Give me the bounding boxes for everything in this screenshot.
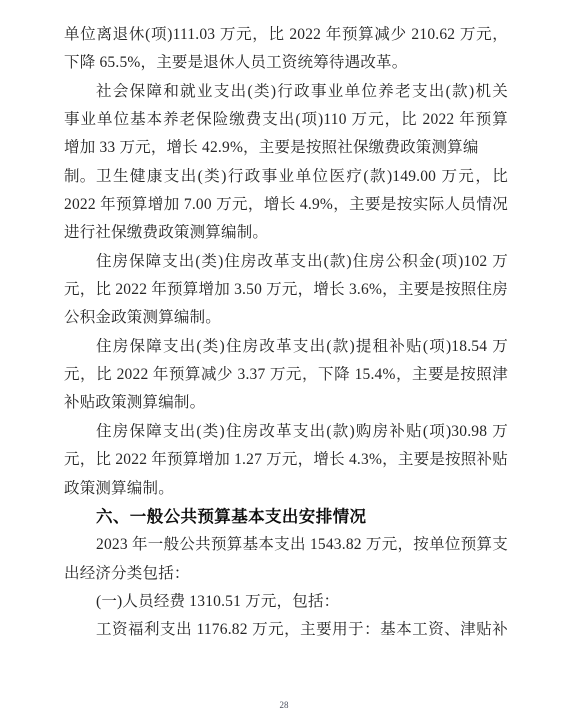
text-line: 住房保障支出(类)住房改革支出(款)购房补贴(项)30.98 万 — [64, 418, 508, 446]
text-line: 补贴政策测算编制。 — [64, 389, 508, 417]
text-line: (一)人员经费 1310.51 万元，包括： — [64, 588, 508, 616]
text-line: 2023 年一般公共预算基本支出 1543.82 万元，按单位预算支 — [64, 531, 508, 559]
text-line: 单位离退休(项)111.03 万元，比 2022 年预算减少 210.62 万元… — [64, 21, 508, 49]
page-number: 28 — [0, 700, 568, 710]
text-line: 住房保障支出(类)住房改革支出(款)提租补贴(项)18.54 万 — [64, 333, 508, 361]
section-heading: 六、一般公共预算基本支出安排情况 — [64, 503, 508, 531]
text-line: 元，比 2022 年预算增加 1.27 万元，增长 4.3%，主要是按照补贴 — [64, 446, 508, 474]
text-line: 元，比 2022 年预算减少 3.37 万元，下降 15.4%，主要是按照津 — [64, 361, 508, 389]
text-line: 住房保障支出(类)住房改革支出(款)住房公积金(项)102 万 — [64, 248, 508, 276]
text-line: 工资福利支出 1176.82 万元，主要用于：基本工资、津贴补 — [64, 616, 508, 644]
text-line: 社会保障和就业支出(类)行政事业单位养老支出(款)机关 — [64, 78, 508, 106]
text-line: 卫生健康支出(类)行政事业单位医疗(款)149.00 万元，比 — [64, 163, 508, 191]
text-line: 增加 33 万元，增长 42.9%，主要是按照社保缴费政策测算编制。 — [64, 134, 508, 162]
text-line: 政策测算编制。 — [64, 475, 508, 503]
text-line: 事业单位基本养老保险缴费支出(项)110 万元，比 2022 年预算 — [64, 106, 508, 134]
text-line: 进行社保缴费政策测算编制。 — [64, 219, 508, 247]
text-line: 2022 年预算增加 7.00 万元，增长 4.9%，主要是按实际人员情况 — [64, 191, 508, 219]
budget-text-block: 单位离退休(项)111.03 万元，比 2022 年预算减少 210.62 万元… — [64, 21, 508, 645]
document-page: 单位离退休(项)111.03 万元，比 2022 年预算减少 210.62 万元… — [0, 0, 568, 728]
text-line: 出经济分类包括： — [64, 560, 508, 588]
text-line: 公积金政策测算编制。 — [64, 304, 508, 332]
text-line: 下降 65.5%，主要是退休人员工资统筹待遇改革。 — [64, 49, 508, 77]
text-line: 元，比 2022 年预算增加 3.50 万元，增长 3.6%，主要是按照住房 — [64, 276, 508, 304]
